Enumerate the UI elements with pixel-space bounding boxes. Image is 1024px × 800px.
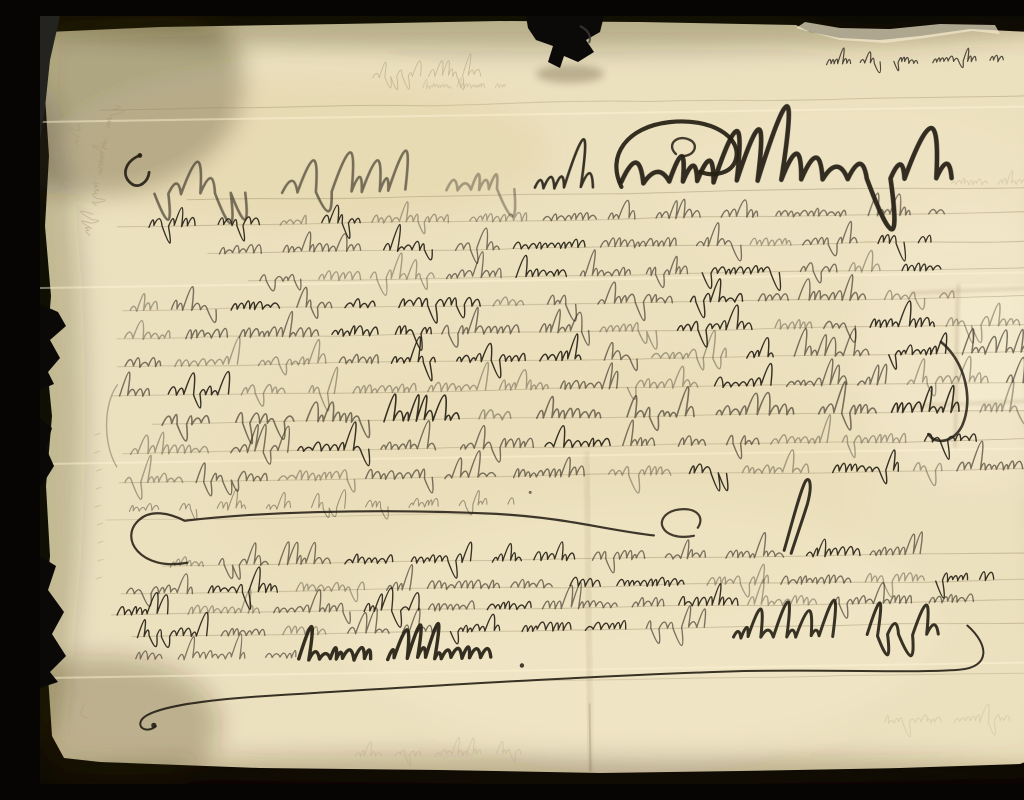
letter-photograph: An old cream-colored sheet of paper phot… bbox=[40, 16, 1024, 784]
letter-scene bbox=[40, 16, 1024, 784]
wax-shadow bbox=[536, 65, 604, 83]
